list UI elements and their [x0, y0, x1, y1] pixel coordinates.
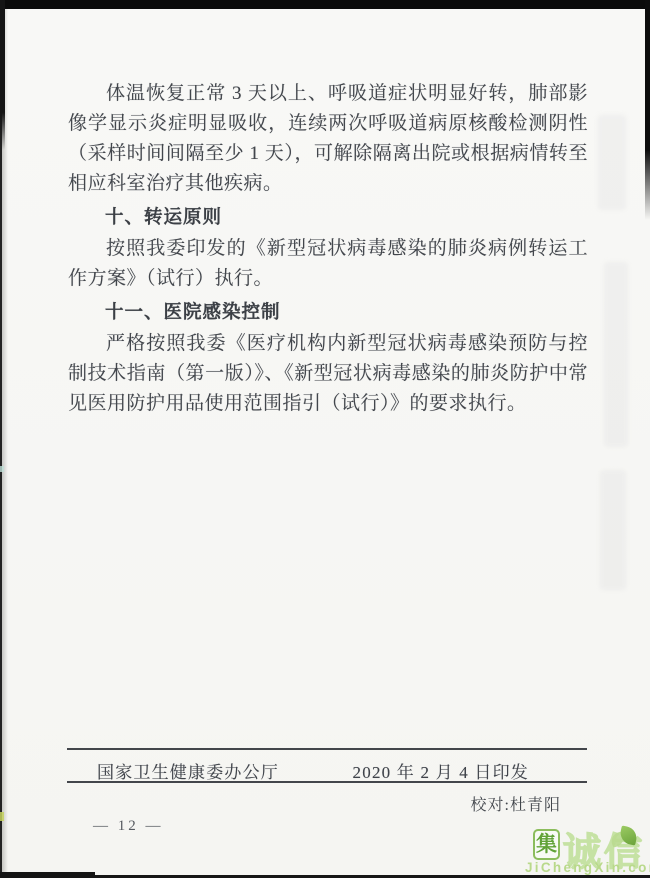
scanned-document-page: 体温恢复正常 3 天以上、呼吸道症状明显好转，肺部影像学显示炎症明显吸收，连续两…: [0, 0, 650, 878]
scan-edge-top: [0, 0, 650, 9]
scan-artifact-cyan: [0, 466, 4, 472]
footer-rule-bottom: [67, 781, 587, 783]
body-paragraph-infection-control: 严格按照我委《医疗机构内新型冠状病毒感染预防与控制技术指南（第一版）》、《新型冠…: [68, 329, 588, 419]
scan-edge-bottom-corner: [0, 872, 95, 878]
issuing-office: 国家卫生健康委办公厅: [97, 758, 279, 783]
ink-bleed-ghost: [598, 115, 626, 210]
body-paragraph-transfer: 按照我委印发的《新型冠状病毒感染的肺炎病例转运工作方案》（试行）执行。: [68, 234, 588, 294]
scan-artifact-green: [0, 812, 4, 821]
scan-edge-right: [645, 0, 650, 220]
watermark-site-text: JiChengXin.com: [525, 860, 650, 875]
body-paragraph-discharge-criteria: 体温恢复正常 3 天以上、呼吸道症状明显好转，肺部影像学显示炎症明显吸收，连续两…: [68, 79, 588, 199]
page-number: — 12 —: [93, 818, 164, 835]
print-date: 2020 年 2 月 4 日印发: [353, 758, 529, 783]
proofreader: 校对:杜青阳: [471, 797, 561, 814]
section-heading-transfer-principles: 十、转运原则: [68, 202, 588, 232]
document-body: 体温恢复正常 3 天以上、呼吸道症状明显好转，肺部影像学显示炎症明显吸收，连续两…: [68, 79, 588, 419]
section-heading-infection-control: 十一、医院感染控制: [68, 297, 588, 327]
proofreader-row: 校对:杜青阳: [68, 792, 587, 815]
jichengxin-logo-icon: 集: [533, 829, 560, 860]
scan-edge-left-corner: [0, 0, 5, 150]
ink-bleed-ghost: [600, 470, 626, 590]
footer-rule-top: [67, 748, 587, 750]
document-footer: 国家卫生健康委办公厅 2020 年 2 月 4 日印发: [68, 758, 587, 783]
jichengxin-watermark: 集 诚信 JiChengXin.com: [525, 824, 650, 878]
ink-bleed-ghost: [604, 262, 628, 447]
